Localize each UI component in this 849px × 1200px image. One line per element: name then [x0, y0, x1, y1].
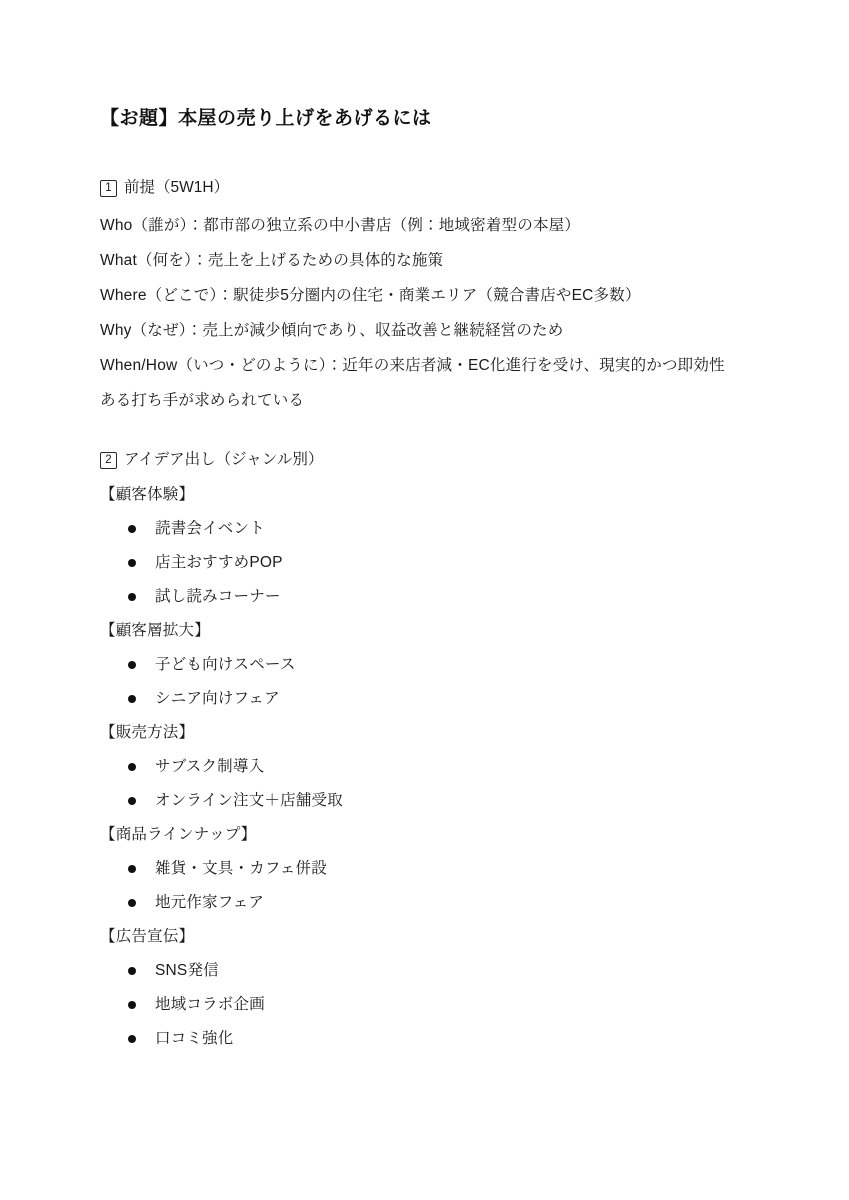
premise-line-where: Where（どこで）：駅徒歩5分圏内の住宅・商業エリア（競合書店やEC多数） — [100, 278, 749, 313]
category-label-customer-expansion: 【顧客層拡大】 — [100, 614, 749, 648]
list-item-text: SNS発信 — [155, 962, 219, 979]
premise-line-who: Who（誰が）：都市部の独立系の中小書店（例：地域密着型の本屋） — [100, 208, 749, 243]
list-item: サブスク制導入 — [100, 750, 749, 784]
list-item: オンライン注文＋店舗受取 — [100, 784, 749, 818]
list-item-text: 店主おすすめPOP — [155, 554, 283, 571]
bullet-icon — [128, 559, 136, 567]
bullet-icon — [128, 1001, 136, 1009]
category-label-advertising: 【広告宣伝】 — [100, 920, 749, 954]
list-item-text: 子ども向けスペース — [155, 656, 296, 673]
bullet-icon — [128, 865, 136, 873]
list-item: SNS発信 — [100, 954, 749, 988]
document-title: 【お題】本屋の売り上げをあげるには — [100, 106, 749, 132]
list-item: 雑貨・文具・カフェ併設 — [100, 852, 749, 886]
list-item-text: 地域コラボ企画 — [155, 996, 265, 1013]
list-item-text: シニア向けフェア — [155, 690, 280, 707]
list-item: 試し読みコーナー — [100, 580, 749, 614]
list-item: 子ども向けスペース — [100, 648, 749, 682]
bullet-icon — [128, 967, 136, 975]
section-1-heading: 1 前提（5W1H） — [100, 178, 749, 198]
bullet-icon — [128, 525, 136, 533]
bullet-icon — [128, 1035, 136, 1043]
bullet-icon — [128, 797, 136, 805]
list-item-text: 地元作家フェア — [155, 894, 264, 911]
list-item: 地域コラボ企画 — [100, 988, 749, 1022]
premise-line-why: Why（なぜ）：売上が減少傾向であり、収益改善と継続経営のため — [100, 313, 749, 348]
list-item-text: 試し読みコーナー — [155, 588, 281, 605]
list-item-text: サブスク制導入 — [155, 758, 264, 775]
list-item-text: 雑貨・文具・カフェ併設 — [155, 860, 327, 877]
bullet-icon — [128, 593, 136, 601]
section-2-heading-text: アイデア出し（ジャンル別） — [124, 450, 323, 470]
bullet-icon — [128, 899, 136, 907]
idea-block: 【顧客体験】 読書会イベント 店主おすすめPOP 試し読みコーナー 【顧客層拡大… — [100, 478, 749, 1056]
premise-line-what: What（何を）：売上を上げるための具体的な施策 — [100, 243, 749, 278]
list-item: 地元作家フェア — [100, 886, 749, 920]
category-label-customer-experience: 【顧客体験】 — [100, 478, 749, 512]
bullet-icon — [128, 695, 136, 703]
category-label-sales-method: 【販売方法】 — [100, 716, 749, 750]
premise-line-when-how-cont: ある打ち手が求められている — [100, 383, 749, 418]
section-1-number-badge: 1 — [100, 180, 117, 197]
section-2-number-badge: 2 — [100, 452, 117, 469]
bullet-icon — [128, 661, 136, 669]
list-item: 読書会イベント — [100, 512, 749, 546]
list-item: シニア向けフェア — [100, 682, 749, 716]
document-page: 【お題】本屋の売り上げをあげるには 1 前提（5W1H） Who（誰が）：都市部… — [0, 0, 849, 1200]
list-item-text: 読書会イベント — [155, 520, 265, 537]
section-2-heading: 2 アイデア出し（ジャンル別） — [100, 450, 749, 470]
premise-block: Who（誰が）：都市部の独立系の中小書店（例：地域密着型の本屋） What（何を… — [100, 208, 749, 418]
list-item: 口コミ強化 — [100, 1022, 749, 1056]
bullet-icon — [128, 763, 136, 771]
premise-line-when-how: When/How（いつ・どのように）：近年の来店者減・EC化進行を受け、現実的か… — [100, 348, 749, 383]
document-content: 【お題】本屋の売り上げをあげるには 1 前提（5W1H） Who（誰が）：都市部… — [0, 0, 849, 1056]
section-1-heading-text: 前提（5W1H） — [124, 178, 229, 198]
category-label-product-lineup: 【商品ラインナップ】 — [100, 818, 749, 852]
list-item-text: 口コミ強化 — [155, 1030, 234, 1047]
list-item: 店主おすすめPOP — [100, 546, 749, 580]
list-item-text: オンライン注文＋店舗受取 — [155, 792, 343, 809]
